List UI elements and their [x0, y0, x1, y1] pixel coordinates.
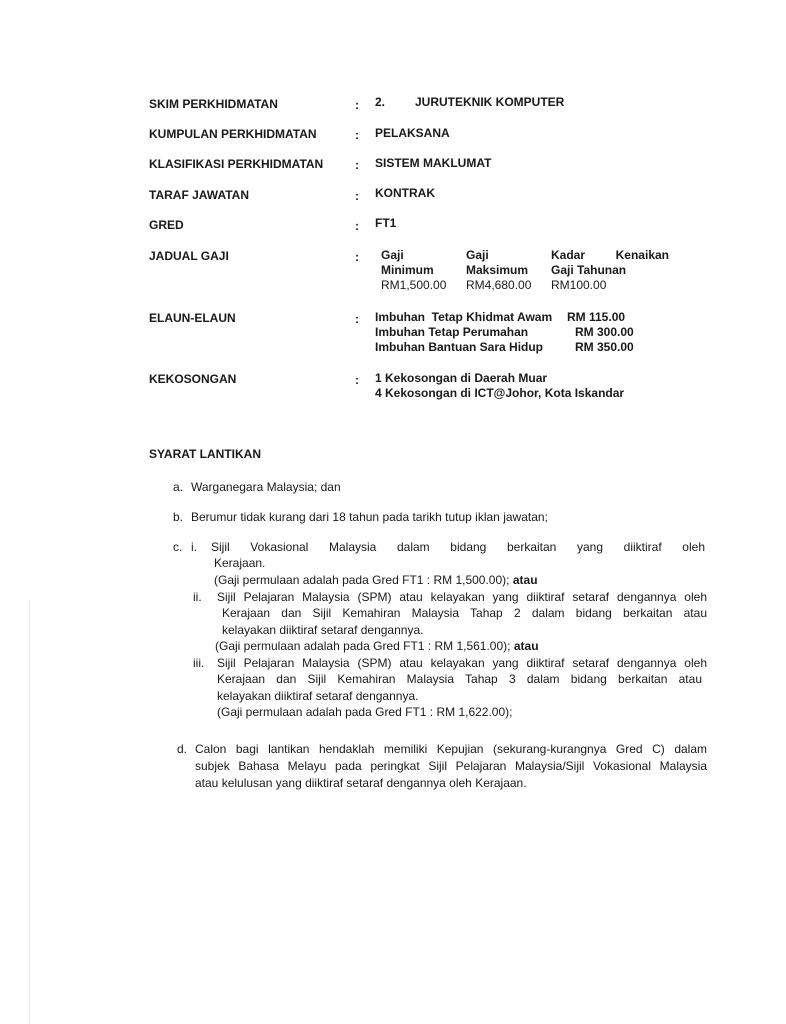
requirement-marker: c.: [173, 539, 182, 555]
allowance-amount: RM 300.00: [575, 325, 634, 340]
salary-note-text: (Gaji permulaan adalah pada Gred FT1 : R…: [217, 704, 513, 720]
allowance-amount: RM 115.00: [567, 310, 625, 325]
requirement-text: atau kelulusan yang diiktiraf setaraf de…: [195, 775, 527, 791]
or-connector: atau: [514, 639, 539, 653]
field-label: KUMPULAN PERKHIDMATAN: [149, 127, 317, 141]
salary-header: Gaji Tahunan: [551, 263, 669, 278]
or-connector: atau: [513, 573, 538, 587]
field-value: FT1: [375, 216, 396, 231]
salary-note-text: (Gaji permulaan adalah pada Gred FT1 : R…: [214, 573, 510, 587]
field-number: 2.: [375, 95, 385, 110]
field-colon: :: [355, 158, 359, 172]
sub-requirement-text: Kerajaan dan Sijil Kemahiran Malaysia Ta…: [217, 671, 702, 687]
field-colon: :: [355, 128, 359, 142]
field-label: KLASIFIKASI PERKHIDMATAN: [149, 157, 323, 171]
allowance-item: Imbuhan Bantuan Sara Hidup RM 350.00: [375, 340, 665, 355]
salary-header: Gaji: [466, 248, 531, 263]
vacancy-line: 4 Kekosongan di ICT@Johor, Kota Iskandar: [375, 386, 624, 401]
field-label: SKIM PERKHIDMATAN: [149, 97, 278, 111]
allowance-name: Imbuhan Tetap Khidmat Awam: [375, 310, 552, 324]
field-colon: :: [355, 219, 359, 233]
sub-requirement-marker: iii.: [193, 655, 204, 671]
salary-header: Kadar: [551, 248, 585, 262]
vacancy-line: 1 Kekosongan di Daerah Muar: [375, 371, 624, 386]
section-heading-syarat: SYARAT LANTIKAN: [149, 447, 261, 461]
requirement-text: Berumur tidak kurang dari 18 tahun pada …: [191, 509, 548, 525]
requirement-text: subjek Bahasa Melayu pada peringkat Siji…: [195, 758, 707, 774]
vacancy-list: 1 Kekosongan di Daerah Muar 4 Kekosongan…: [375, 371, 624, 401]
requirement-text: Calon bagi lantikan hendaklah memiliki K…: [195, 741, 707, 757]
salary-header: Maksimum: [466, 263, 531, 278]
sub-requirement-marker: i.: [191, 539, 197, 555]
allowance-list: Imbuhan Tetap Khidmat Awam RM 115.00 Imb…: [375, 310, 665, 355]
salary-amount: RM4,680.00: [466, 278, 531, 293]
salary-column-minimum: Gaji Minimum RM1,500.00: [381, 248, 446, 293]
sub-requirement-text: Sijil Vokasional Malaysia dalam bidang b…: [211, 539, 705, 555]
salary-amount: RM100.00: [551, 278, 669, 293]
field-value: JURUTEKNIK KOMPUTER: [415, 95, 564, 110]
salary-note-text: (Gaji permulaan adalah pada Gred FT1 : R…: [215, 639, 511, 653]
sub-requirement-text: Kerajaan.: [214, 555, 265, 571]
field-colon: :: [355, 250, 359, 264]
allowance-name: Imbuhan Bantuan Sara Hidup: [375, 340, 543, 354]
field-value: SISTEM MAKLUMAT: [375, 156, 491, 171]
allowance-name: Imbuhan Tetap Perumahan: [375, 325, 528, 339]
field-colon: :: [355, 312, 359, 326]
sub-requirement-text: Sijil Pelajaran Malaysia (SPM) atau kela…: [217, 589, 707, 605]
field-label: GRED: [149, 218, 184, 232]
allowance-item: Imbuhan Tetap Perumahan RM 300.00: [375, 325, 665, 340]
salary-note: (Gaji permulaan adalah pada Gred FT1 : R…: [214, 572, 538, 588]
field-colon: :: [355, 373, 359, 387]
field-label: JADUAL GAJI: [149, 249, 229, 263]
requirement-text: Warganegara Malaysia; dan: [191, 479, 341, 495]
salary-amount: RM1,500.00: [381, 278, 446, 293]
field-label: ELAUN-ELAUN: [149, 311, 236, 325]
requirement-marker: a.: [173, 479, 183, 495]
salary-note: (Gaji permulaan adalah pada Gred FT1 : R…: [215, 638, 539, 654]
allowance-amount: RM 350.00: [575, 340, 634, 355]
sub-requirement-text: Sijil Pelajaran Malaysia (SPM) atau kela…: [217, 655, 707, 671]
field-value: KONTRAK: [375, 186, 435, 201]
field-label: KEKOSONGAN: [149, 372, 236, 386]
salary-header: Minimum: [381, 263, 446, 278]
field-colon: :: [355, 98, 359, 112]
sub-requirement-text: Kerajaan dan Sijil Kemahiran Malaysia Ta…: [222, 605, 707, 621]
requirement-marker: b.: [173, 509, 183, 525]
field-value: PELAKSANA: [375, 126, 450, 141]
salary-column-maksimum: Gaji Maksimum RM4,680.00: [466, 248, 531, 293]
salary-column-kenaikan: Kadar Kenaikan Gaji Tahunan RM100.00: [551, 248, 669, 293]
field-colon: :: [355, 189, 359, 203]
sub-requirement-marker: ii.: [193, 589, 202, 605]
requirement-marker: d.: [177, 741, 187, 757]
scan-artifact-line: [29, 600, 30, 1024]
salary-header: Kenaikan: [616, 248, 669, 263]
sub-requirement-text: kelayakan diiktiraf setaraf dengannya.: [217, 688, 418, 704]
field-label: TARAF JAWATAN: [149, 188, 249, 202]
sub-requirement-text: kelayakan diiktiraf setaraf dengannya.: [222, 622, 423, 638]
allowance-item: Imbuhan Tetap Khidmat Awam RM 115.00: [375, 310, 665, 325]
salary-header: Gaji: [381, 248, 446, 263]
